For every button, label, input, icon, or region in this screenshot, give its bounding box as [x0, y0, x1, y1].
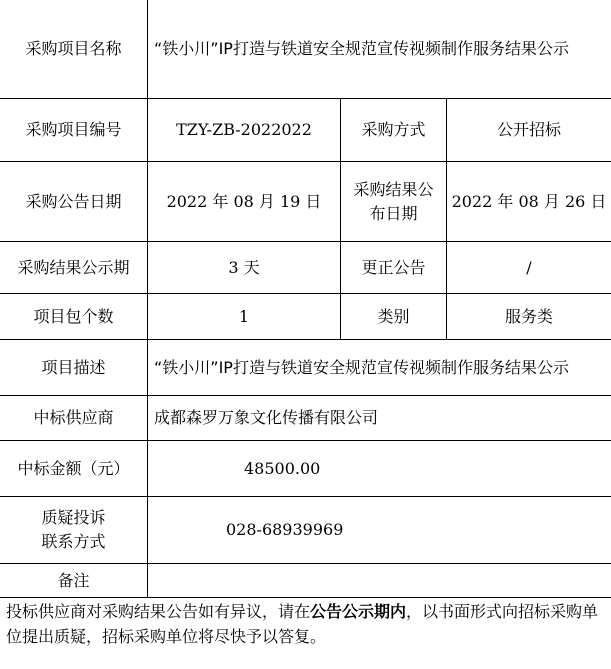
complaint-contact-label-line2: 联系方式 — [41, 530, 105, 554]
correction-notice-value: / — [447, 242, 611, 293]
complaint-contact-label-line1: 质疑投诉 — [41, 506, 105, 530]
category-label: 类别 — [341, 294, 446, 339]
announcement-date-value: 2022 年 08 月 19 日 — [148, 162, 340, 241]
result-period-value: 3 天 — [148, 242, 340, 293]
procurement-result-table: 采购项目名称 “铁小川”IP打造与铁道安全规范宣传视频制作服务结果公示 采购项目… — [0, 0, 611, 597]
package-count-label: 项目包个数 — [0, 294, 147, 339]
winning-amount-value: 48500.00 — [148, 441, 611, 496]
footer-note-bold: 公告公示期内 — [310, 602, 406, 621]
project-number-value: TZY-ZB-2022022 — [148, 99, 340, 161]
winning-amount-label: 中标金额（元） — [0, 441, 147, 496]
result-publish-date-label: 采购结果公布日期 — [341, 162, 446, 241]
description-value: “铁小川”IP打造与铁道安全规范宣传视频制作服务结果公示 — [148, 340, 611, 395]
correction-notice-label: 更正公告 — [341, 242, 446, 293]
complaint-contact-label: 质疑投诉 联系方式 — [0, 497, 147, 563]
description-label: 项目描述 — [0, 340, 147, 395]
winning-supplier-value: 成都森罗万象文化传播有限公司 — [148, 396, 611, 440]
project-number-label: 采购项目编号 — [0, 99, 147, 161]
project-name-label: 采购项目名称 — [0, 0, 147, 98]
remarks-value — [148, 564, 611, 597]
package-count-value: 1 — [148, 294, 340, 339]
announcement-date-label: 采购公告日期 — [0, 162, 147, 241]
remarks-label: 备注 — [0, 564, 147, 597]
complaint-contact-value: 028-68939969 — [148, 497, 611, 563]
procurement-method-label: 采购方式 — [341, 99, 446, 161]
procurement-method-value: 公开招标 — [447, 99, 611, 161]
result-publish-date-value: 2022 年 08 月 26 日 — [447, 162, 611, 241]
row-divider — [0, 597, 611, 598]
project-name-value: “铁小川”IP打造与铁道安全规范宣传视频制作服务结果公示 — [148, 0, 611, 98]
footer-note: 投标供应商对采购结果公告如有异议，请在公告公示期内，以书面形式向招标采购单位提出… — [6, 599, 608, 649]
result-period-label: 采购结果公示期 — [0, 242, 147, 293]
category-value: 服务类 — [447, 294, 611, 339]
footer-note-before: 投标供应商对采购结果公告如有异议，请在 — [6, 602, 310, 621]
winning-supplier-label: 中标供应商 — [0, 396, 147, 440]
